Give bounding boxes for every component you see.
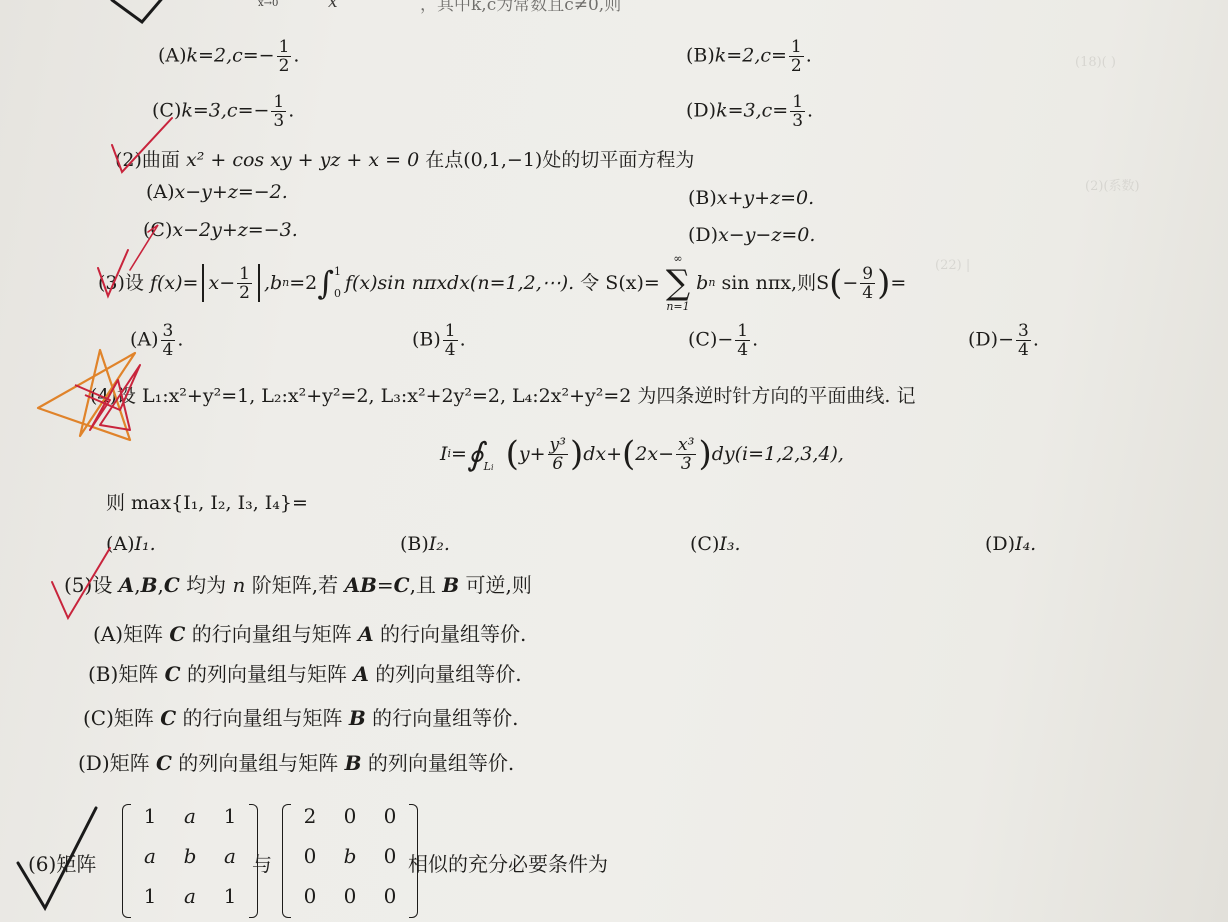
question-number: (5) bbox=[64, 573, 92, 597]
q6-matrix-1: 1a1 aba 1a1 bbox=[122, 804, 258, 908]
q1-option-c: (C)k=3,c=−13. bbox=[152, 93, 294, 130]
q6-suffix: 相似的充分必要条件为 bbox=[408, 852, 608, 876]
question-number: (3) bbox=[98, 271, 125, 295]
q2-option-d: (D)x−y−z=0. bbox=[688, 223, 815, 247]
checkmark-icon bbox=[112, 0, 165, 22]
q4-option-c: (C)I₃. bbox=[690, 532, 741, 556]
q4-option-d: (D)I₄. bbox=[985, 532, 1036, 556]
cutoff-text: ，其中k,c为常数且c≠0,则 bbox=[420, 0, 621, 15]
q3-option-a: (A)34. bbox=[130, 322, 183, 359]
q4-stem: (4)设 L₁:x²+y²=1, L₂:x²+y²=2, L₃:x²+2y²=2… bbox=[90, 384, 915, 408]
q3-stem: (3)设 f(x)=x−12,bn=2∫10f(x)sin nπxdx(n=1,… bbox=[98, 258, 906, 308]
show-through-text: (2)(系数) bbox=[1085, 175, 1140, 194]
q2-option-a: (A)x−y+z=−2. bbox=[146, 180, 288, 204]
exam-page: (18)( ) (2)(系数) (22) | x→0 x ，其中k,c为常数且c… bbox=[0, 0, 1228, 922]
q6-prefix: (6)矩阵 bbox=[28, 852, 96, 876]
question-number: (6) bbox=[28, 852, 56, 876]
show-through-text: (22) | bbox=[935, 258, 970, 273]
q5-option-d: (D)矩阵 C 的列向量组与矩阵 B 的列向量组等价. bbox=[78, 751, 514, 775]
cutoff-x: x bbox=[328, 0, 338, 12]
q5-option-c: (C)矩阵 C 的行向量组与矩阵 B 的行向量组等价. bbox=[83, 706, 519, 730]
q4-option-b: (B)I₂. bbox=[400, 532, 450, 556]
q3-option-c: (C)−14. bbox=[688, 322, 758, 359]
q2-stem: (2)曲面 x² + cos xy + yz + x = 0 在点(0,1,−1… bbox=[115, 148, 694, 172]
q3-option-d: (D)−34. bbox=[968, 322, 1039, 359]
q4-option-a: (A)I₁. bbox=[106, 532, 156, 556]
q2-option-b: (B)x+y+z=0. bbox=[688, 186, 814, 210]
show-through-text: (18)( ) bbox=[1075, 55, 1116, 70]
question-number: (4) bbox=[90, 385, 117, 407]
q6-matrix-2: 200 0b0 000 bbox=[282, 804, 418, 908]
lim-subscript: x→0 bbox=[258, 0, 278, 9]
q5-option-a: (A)矩阵 C 的行向量组与矩阵 A 的行向量组等价. bbox=[93, 622, 526, 646]
q1-option-b: (B)k=2,c=12. bbox=[686, 38, 812, 75]
q4-question: 则 max{I₁, I₂, I₃, I₄}= bbox=[106, 491, 308, 515]
q6-conj: 与 bbox=[252, 852, 272, 876]
q2-option-c: (C)x−2y+z=−3. bbox=[143, 218, 298, 242]
q4-formula: Ii=∮Li (y+y³6)dx+(2x−x³3)dy(i=1,2,3,4), bbox=[440, 428, 844, 480]
question-number: (2) bbox=[115, 149, 142, 171]
q1-option-a: (A)k=2,c=−12. bbox=[158, 38, 299, 75]
q5-stem: (5)设 A,B,C 均为 n 阶矩阵,若 AB=C,且 B 可逆,则 bbox=[64, 573, 532, 597]
q3-option-b: (B)14. bbox=[412, 322, 466, 359]
q1-option-d: (D)k=3,c=13. bbox=[686, 93, 813, 130]
q5-option-b: (B)矩阵 C 的列向量组与矩阵 A 的列向量组等价. bbox=[88, 662, 522, 686]
